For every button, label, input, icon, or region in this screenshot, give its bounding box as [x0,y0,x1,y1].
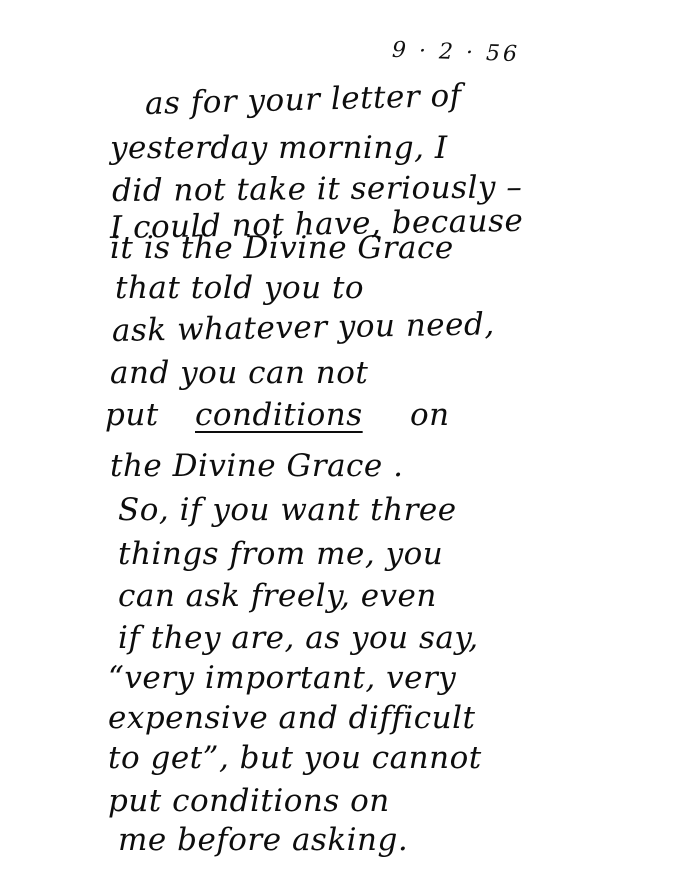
underlined-word-conditions: conditions [195,397,363,433]
letter-line: So, if you want three [118,492,457,528]
letter-line: yesterday morning, I [110,130,448,166]
letter-line: on [410,397,450,433]
letter-line: that told you to [115,270,364,306]
letter-line: put [105,397,159,433]
letter-line: me before asking. [118,822,408,858]
letter-date: 9 · 2 · 56 [392,38,521,67]
handwritten-letter-page: 9 · 2 · 56 as for your letter of yesterd… [0,0,680,872]
letter-line: things from me, you [118,536,443,572]
letter-line: ask whatever you need, [112,306,495,349]
letter-line: as for your letter of [145,78,463,122]
letter-line: the Divine Grace . [110,448,403,484]
letter-line: to get”, but you cannot [108,740,482,776]
letter-line: and you can not [110,355,368,391]
letter-line: “very important, very [108,660,456,696]
letter-line: put conditions on [108,783,390,819]
letter-line: it is the Divine Grace [110,230,454,266]
letter-line: can ask freely, even [118,578,437,614]
letter-line: if they are, as you say, [118,620,479,656]
letter-line: expensive and difficult [108,700,476,736]
